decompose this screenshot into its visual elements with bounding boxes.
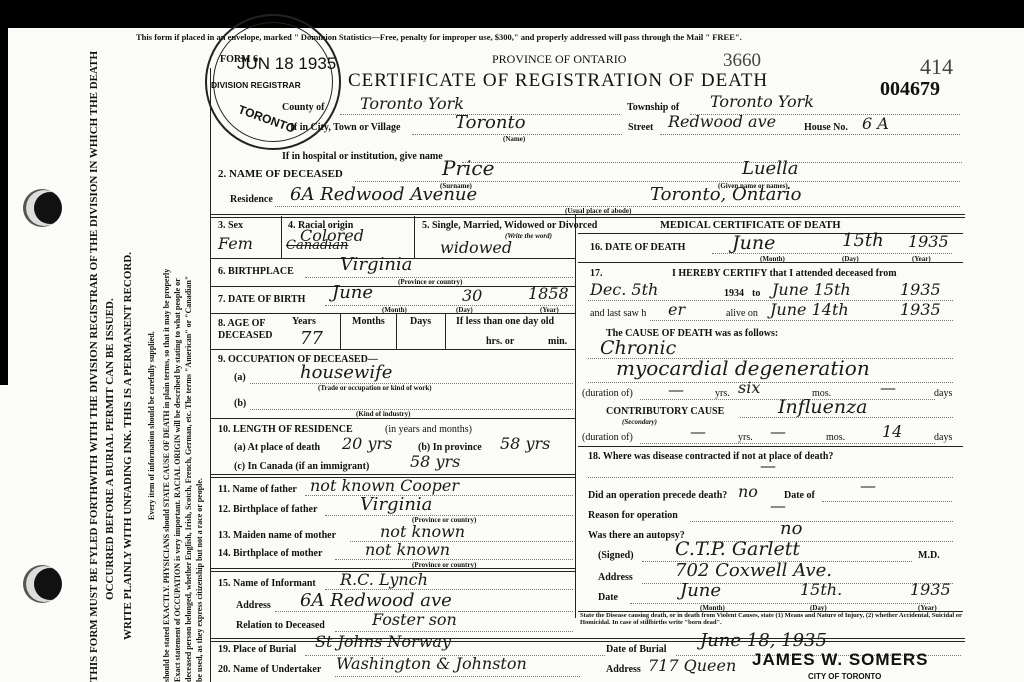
residence-canada-value[interactable]: 58 yrs [410, 452, 460, 471]
township-value[interactable]: Toronto York [710, 92, 814, 111]
dod-label: 16. DATE OF DEATH [590, 242, 685, 253]
dod-year[interactable]: 1935 [908, 232, 949, 251]
residence-place-label: (a) At place of death [234, 442, 320, 453]
row-divider [210, 313, 575, 314]
certificate-title: CERTIFICATE OF REGISTRATION OF DEATH [348, 70, 768, 92]
mos-label-2: mos. [826, 432, 845, 443]
alive-on-year[interactable]: 1935 [900, 300, 941, 319]
house-value[interactable]: 6 A [862, 114, 889, 133]
informant-value[interactable]: R.C. Lynch [340, 570, 428, 589]
marital-status-value[interactable]: widowed [440, 238, 512, 257]
days-label-1: days [934, 388, 952, 399]
residence-province-value[interactable]: 58 yrs [500, 434, 550, 453]
duration-label-2: (duration of) [582, 432, 633, 443]
dob-line [325, 305, 573, 306]
residence-label: Residence [230, 194, 273, 205]
signed-value[interactable]: C.T.P. Garlett [675, 538, 800, 560]
days-label-2: days [934, 432, 952, 443]
cert-date-year[interactable]: 1935 [910, 580, 951, 599]
punch-hole-icon [26, 566, 62, 602]
father-line [305, 495, 573, 496]
stamp-label: DIVISION REGISTRAR [211, 80, 301, 90]
father-birthplace-value[interactable]: Virginia [360, 494, 432, 515]
margin-note-8: be used, as they express citizenship but… [193, 478, 206, 682]
given-name-value[interactable]: Luella [742, 158, 798, 179]
cell-divider [281, 216, 282, 258]
duration-line-2 [640, 443, 935, 444]
city-label: If in City, Town or Village [290, 122, 400, 133]
operation-reason-label: Reason for operation [588, 510, 678, 521]
medical-heading: MEDICAL CERTIFICATE OF DEATH [660, 220, 841, 231]
margin-note-3: WRITE PLAINLY WITH UNFADING INK. THIS IS… [122, 252, 135, 640]
yrs-label-1: yrs. [715, 388, 730, 399]
birthplace-value[interactable]: Virginia [340, 254, 412, 275]
alive-line [650, 320, 953, 321]
duration-2-days[interactable]: 14 [882, 422, 902, 441]
registrar-sub-stamp: CITY OF TORONTO [808, 672, 881, 681]
dob-year[interactable]: 1858 [528, 284, 569, 303]
birthplace-caption: (Province or country) [398, 278, 462, 286]
occupation-b-label: (b) [234, 398, 246, 409]
physician-address-value[interactable]: 702 Coxwell Ave. [675, 560, 832, 581]
cert-date-month[interactable]: June [680, 580, 721, 601]
mother-name-value[interactable]: not known [380, 522, 465, 541]
cert-date-day[interactable]: 15th. [800, 580, 842, 599]
street-label: Street [628, 122, 653, 133]
margin-note-2: OCCURRED BEFORE A BURIAL PERMIT CAN BE I… [104, 298, 117, 600]
occupation-b-caption: (Kind of industry) [356, 410, 410, 418]
row-divider [578, 446, 963, 447]
contributory-cause-label: CONTRIBUTORY CAUSE [606, 406, 724, 417]
margin-note-4: Every item of information should be care… [145, 331, 158, 520]
punch-hole-icon [26, 190, 62, 226]
street-value[interactable]: Redwood ave [668, 112, 776, 131]
city-value[interactable]: Toronto [455, 112, 526, 133]
relation-value[interactable]: Foster son [372, 610, 457, 629]
dod-month[interactable]: June [732, 232, 775, 254]
q18-line [588, 477, 953, 478]
father-name-value[interactable]: not known Cooper [310, 476, 459, 495]
operation-label: Did an operation precede death? [588, 490, 727, 501]
duration-1-days[interactable]: — [880, 378, 896, 397]
column-divider [575, 215, 576, 618]
cell-divider [396, 313, 397, 349]
age-years-label: Years [292, 316, 316, 327]
occupation-b-line [250, 409, 573, 410]
residence-place-value[interactable]: 20 yrs [342, 434, 392, 453]
row-divider [578, 262, 963, 263]
stamp-date: JUN 18 1935 [237, 54, 336, 74]
father-name-label: 11. Name of father [218, 484, 297, 495]
duration-label-1: (duration of) [582, 388, 633, 399]
registration-number-3: 004679 [880, 78, 940, 101]
undertaker-address-value[interactable]: 717 Queen [648, 656, 736, 675]
cell-divider [414, 216, 415, 258]
row-divider [210, 418, 575, 419]
operation-value[interactable]: no [738, 482, 758, 501]
dob-day[interactable]: 30 [462, 286, 482, 305]
marital-status-label: 5. Single, Married, Widowed or Divorced [422, 220, 597, 231]
province-heading: PROVINCE OF ONTARIO [492, 52, 626, 67]
undertaker-line [335, 676, 580, 677]
county-value[interactable]: Toronto York [360, 94, 464, 113]
duration-1-yrs[interactable]: — [668, 380, 684, 399]
house-label: House No. [804, 122, 848, 133]
autopsy-value[interactable]: no [780, 518, 802, 539]
operation-reason-value[interactable]: — [770, 496, 786, 515]
burial-place-label: 19. Place of Burial [218, 644, 296, 655]
occupation-a-caption: (Trade or occupation or kind of work) [318, 384, 432, 392]
cause-line-2-rule [588, 382, 953, 383]
racial-origin-struck: Canadian [286, 238, 348, 253]
undertaker-label: 20. Name of Undertaker [218, 664, 321, 675]
alive-on-value[interactable]: June 14th [770, 300, 849, 319]
scan-left-border [0, 30, 8, 385]
yrs-label-2: yrs. [738, 432, 753, 443]
last-saw-label: and last saw h [590, 308, 646, 319]
cell-divider [340, 313, 341, 349]
sex-value[interactable]: Fem [218, 234, 253, 253]
dod-day[interactable]: 15th [842, 230, 884, 251]
residence-length-label: 10. LENGTH OF RESIDENCE [218, 424, 353, 435]
hospital-line [462, 162, 962, 163]
last-saw-value[interactable]: er [668, 300, 685, 319]
county-label: County of [282, 102, 325, 113]
attended-to-year[interactable]: 1935 [900, 280, 941, 299]
informant-address-label: Address [236, 600, 271, 611]
deceased-name-label: 2. NAME OF DECEASED [218, 168, 343, 180]
registrar-name-stamp: JAMES W. SOMERS [752, 650, 929, 670]
registration-number: 3660 [723, 50, 761, 72]
registration-number-2: 414 [920, 54, 953, 80]
sex-label: 3. Sex [218, 220, 243, 231]
residence-value[interactable]: 6A Redwood Avenue [290, 184, 477, 205]
occupation-a-label: (a) [234, 372, 246, 383]
informant-label: 15. Name of Informant [218, 578, 316, 589]
undertaker-address-label: Address [606, 664, 641, 675]
row-divider [210, 349, 575, 350]
age-less-label: If less than one day old [456, 316, 554, 327]
md-label: M.D. [918, 550, 940, 561]
occupation-a-value[interactable]: housewife [300, 362, 392, 383]
birthplace-label: 6. BIRTHPLACE [218, 266, 294, 277]
attended-to-label: to [752, 288, 760, 299]
cert-date-line [630, 603, 930, 604]
alive-on-label: alive on [726, 308, 758, 319]
street-line [660, 134, 960, 135]
cause-line-2[interactable]: myocardial degeneration [616, 356, 870, 380]
hospital-label: If in hospital or institution, give name [282, 151, 443, 162]
margin-note-1: THIS FORM MUST BE FYLED FORTHWITH WITH T… [88, 51, 101, 682]
age-hrs-label: hrs. or [486, 336, 514, 347]
burial-date-label: Date of Burial [606, 644, 667, 655]
attended-to-date[interactable]: June 15th [772, 280, 851, 299]
residence-city-value[interactable]: Toronto, Ontario [650, 184, 802, 205]
burial-place-value[interactable]: St Johns Norway [315, 632, 451, 651]
undertaker-value[interactable]: Washington & Johnston [336, 654, 527, 673]
signed-label: (Signed) [598, 550, 634, 561]
age-years-value[interactable]: 77 [300, 328, 323, 349]
mother-name-label: 13. Maiden name of mother [218, 530, 336, 541]
q18-value[interactable]: — [760, 456, 776, 475]
form-left-border [210, 68, 211, 682]
age-label: 8. AGE OF DECEASED [218, 318, 288, 342]
contributory-caption: (Secondary) [622, 418, 657, 426]
name-caption: (Name) [503, 135, 525, 143]
age-min-label: min. [548, 336, 567, 347]
row-divider [210, 286, 575, 287]
attended-from-date[interactable]: Dec. 5th [590, 280, 658, 299]
mother-birthplace-label: 14. Birthplace of mother [218, 548, 322, 559]
dob-month[interactable]: June [332, 282, 373, 303]
duration-1-mos[interactable]: six [738, 378, 760, 397]
cert-date-label: Date [598, 592, 618, 603]
relation-label: Relation to Deceased [236, 620, 325, 631]
residence-length-hint: (in years and months) [385, 424, 472, 435]
cell-divider [445, 313, 446, 349]
burial-date-value[interactable]: June 18, 1935 [700, 630, 827, 651]
mother-birthplace-value[interactable]: not known [365, 540, 450, 559]
mother-birthplace-line [335, 559, 573, 560]
attended-from-year[interactable]: 1934 [724, 288, 744, 299]
dob-label: 7. DATE OF BIRTH [218, 294, 305, 305]
cause-footnote: State the Disease causing death, or in d… [580, 612, 962, 626]
operation-date-value[interactable]: — [860, 476, 876, 495]
operation-reason-line [690, 521, 953, 522]
section-divider [210, 214, 965, 218]
contributory-cause-value[interactable]: Influenza [778, 396, 867, 418]
residence-canada-label: (c) In Canada (if an immigrant) [234, 461, 369, 472]
duration-2-mos[interactable]: — [770, 422, 786, 441]
surname-value[interactable]: Price [442, 156, 494, 180]
scan-top-border [0, 0, 1024, 30]
age-days-label: Days [410, 316, 431, 327]
informant-address-value[interactable]: 6A Redwood ave [300, 590, 452, 611]
q18-label: 18. Where was disease contracted if not … [588, 451, 833, 462]
page-edge [0, 385, 8, 682]
operation-date-label: Date of [784, 490, 815, 501]
operation-date-line [822, 501, 952, 502]
certify-number: 17. [590, 268, 603, 279]
duration-2-yrs[interactable]: — [690, 422, 706, 441]
physician-address-label: Address [598, 572, 633, 583]
father-birthplace-label: 12. Birthplace of father [218, 504, 317, 515]
certify-text: I HEREBY CERTIFY that I attended decease… [672, 268, 897, 279]
age-months-label: Months [352, 316, 385, 327]
autopsy-label: Was there an autopsy? [588, 530, 685, 541]
